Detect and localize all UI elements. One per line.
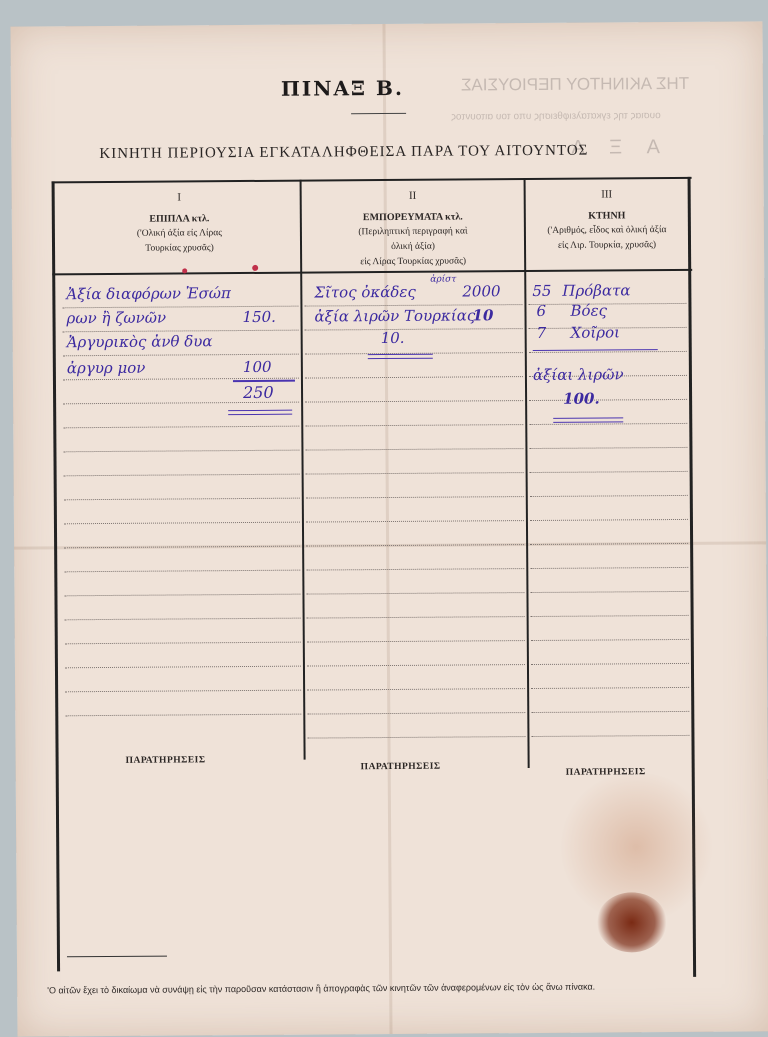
column-description: εἰς Λιρ. Τουρκία, χρυσᾶς) bbox=[528, 238, 686, 254]
column-name: ΚΤΗΝΗ bbox=[528, 208, 686, 224]
bleed-through-line: ουσιας της εγκαταλειφθεισης υπο του αιτο… bbox=[451, 110, 661, 122]
title-rule bbox=[351, 113, 406, 114]
entry-text: ἀξία λιρῶν Τουρκίας bbox=[314, 306, 475, 325]
bleed-through-heading: ΤΗΣ ΑΚΙΝΗΤΟΥ ΠΕΡΙΟΥΣΙΑΣ bbox=[461, 74, 689, 96]
entry-text: Ἀργυρικὸς ἀνθ δυα bbox=[67, 332, 213, 351]
entry-text: ρων ἢ ζωνῶν bbox=[66, 309, 166, 328]
entry-amount: 10 bbox=[472, 306, 493, 324]
ink-spot bbox=[252, 265, 258, 271]
column-number: ΙΙ bbox=[304, 188, 522, 205]
stain bbox=[556, 772, 717, 923]
entry-text: Ἀξία διαφόρων Ἐσώπ bbox=[66, 284, 231, 303]
column-description: ('Ολική ἀξία εἰς Λίρας bbox=[62, 226, 297, 243]
remarks-label-col1: ΠΑΡΑΤΗΡΗΣΕΙΣ bbox=[126, 755, 206, 766]
entry-amount: 150. bbox=[242, 308, 276, 326]
entry-amount: 100 bbox=[243, 358, 272, 376]
page-title: ΠΙΝΑΞ Β. bbox=[281, 76, 404, 101]
column-name: ΕΜΠΟΡΕΥΜΑΤΑ κτλ. bbox=[304, 209, 522, 226]
livestock-count: 6 bbox=[536, 302, 546, 320]
livestock-type: Πρόβατα bbox=[562, 281, 630, 299]
remarks-label-col2: ΠΑΡΑΤΗΡΗΣΕΙΣ bbox=[361, 762, 441, 773]
table-left-border bbox=[52, 181, 61, 971]
entry-amount: 2000 bbox=[462, 282, 500, 300]
column-number: ΙΙΙ bbox=[528, 187, 686, 203]
ruled-rows-col3 bbox=[528, 277, 689, 748]
ink-spot bbox=[182, 268, 187, 273]
column-header-merchandise: ΙΙ ΕΜΠΟΡΕΥΜΑΤΑ κτλ. (Περιληπτική περιγρα… bbox=[304, 188, 523, 271]
livestock-type: Χοῖροι bbox=[571, 323, 620, 341]
column-total: 250 bbox=[243, 383, 274, 402]
ruled-rows-col2 bbox=[304, 278, 525, 750]
livestock-value-label: ἀξίαι λιρῶν bbox=[533, 365, 624, 384]
column-description: ('Αριθμός, εἶδος καὶ ὁλική ἀξία bbox=[528, 223, 686, 239]
table-top-border bbox=[52, 177, 692, 183]
document-page: ΤΗΣ ΑΚΙΝΗΤΟΥ ΠΕΡΙΟΥΣΙΑΣ ουσιας της εγκατ… bbox=[10, 21, 768, 1024]
column-total: 100. bbox=[563, 390, 600, 408]
column-description: εἰς Λίρας Τουρκίας χρυσᾶς) bbox=[304, 254, 522, 271]
footnote-rule bbox=[67, 956, 167, 958]
livestock-count: 7 bbox=[537, 324, 547, 342]
column-description: Τουρκίας χρυσᾶς) bbox=[62, 241, 297, 258]
page-subtitle: ΚΙΝΗΤΗ ΠΕΡΙΟΥΣΙΑ ΕΓΚΑΤΑΛΗΦΘΕΙΣΑ ΠΑΡΑ ΤΟΥ… bbox=[99, 143, 588, 163]
livestock-type: Βόες bbox=[570, 301, 607, 319]
livestock-count: 55 bbox=[532, 282, 551, 300]
entry-text: ἀργυρ μον bbox=[67, 359, 146, 378]
total-underline bbox=[233, 380, 295, 382]
column-header-livestock: ΙΙΙ ΚΤΗΝΗ ('Αριθμός, εἶδος καὶ ὁλική ἀξί… bbox=[528, 187, 686, 254]
column-description: (Περιληπτική περιγραφή καὶ bbox=[304, 224, 522, 241]
column-description: ὁλική ἀξία) bbox=[304, 239, 522, 256]
column-total: 10. bbox=[381, 329, 405, 347]
entry-text: Σῖτος ὀκάδες bbox=[314, 283, 416, 302]
column-name: ΕΠΙΠΛΑ κτλ. bbox=[62, 211, 297, 228]
column-header-furniture: I ΕΠΙΠΛΑ κτλ. ('Ολική ἀξία εἰς Λίρας Του… bbox=[62, 190, 297, 258]
entry-superscript: ἀρίστ bbox=[430, 275, 456, 285]
column-number: I bbox=[62, 190, 297, 207]
footnote: 'Ο αἰτῶν ἔχει τὸ δικαίωμα νὰ συνάψῃ εἰς … bbox=[47, 980, 697, 997]
